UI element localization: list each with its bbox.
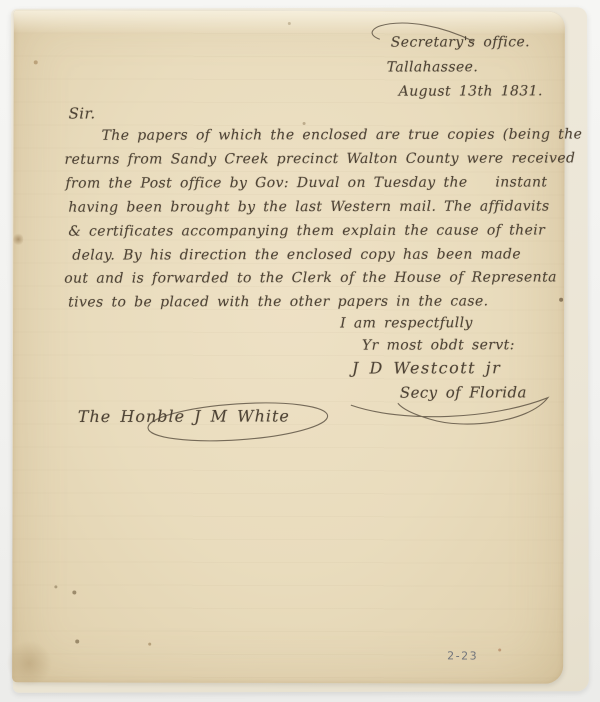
paper-stain xyxy=(498,649,501,652)
paper-stain xyxy=(54,585,57,588)
paper-stain xyxy=(6,640,52,686)
body-line-segment: instant xyxy=(495,174,547,190)
archival-mark: 2-23 xyxy=(447,649,478,662)
closing-line: I am respectfully xyxy=(340,315,473,331)
header-place-line: Tallahassee. xyxy=(387,59,478,75)
paper-stain xyxy=(148,643,151,646)
salutation: Sir. xyxy=(69,104,96,122)
paper-stain xyxy=(34,60,38,64)
body-line-segment: from the Post office by Gov: Duval on Tu… xyxy=(65,175,467,192)
header-date-line: August 13th 1831. xyxy=(399,83,543,99)
paper-stain xyxy=(559,298,563,302)
closing-line: Yr most obdt servt: xyxy=(362,337,515,353)
paper-top-edge xyxy=(14,10,565,35)
body-line: The papers of which the enclosed are tru… xyxy=(102,127,583,144)
signer-title: Secy of Florida xyxy=(400,383,527,401)
addressee-line: The Honble J M White xyxy=(78,406,290,426)
body-line: from the Post office by Gov: Duval on Tu… xyxy=(65,174,547,191)
paper-stain xyxy=(75,639,79,643)
paper-stain xyxy=(13,232,23,246)
header-office-line: Secretary's office. xyxy=(391,34,530,50)
body-line: out and is forwarded to the Clerk of the… xyxy=(64,269,557,286)
body-line: tives to be placed with the other papers… xyxy=(68,293,488,310)
signature: J D Westcott jr xyxy=(352,358,501,377)
body-line: having been brought by the last Western … xyxy=(68,198,549,215)
letter-paper: Secretary's office. Tallahassee. August … xyxy=(12,10,565,683)
paper-stain xyxy=(303,122,306,125)
body-line: & certificates accompanying them explain… xyxy=(68,222,545,239)
body-line: delay. By his direction the enclosed cop… xyxy=(72,246,521,263)
body-line: returns from Sandy Creek precinct Walton… xyxy=(64,150,575,167)
paper-stain xyxy=(72,590,76,594)
